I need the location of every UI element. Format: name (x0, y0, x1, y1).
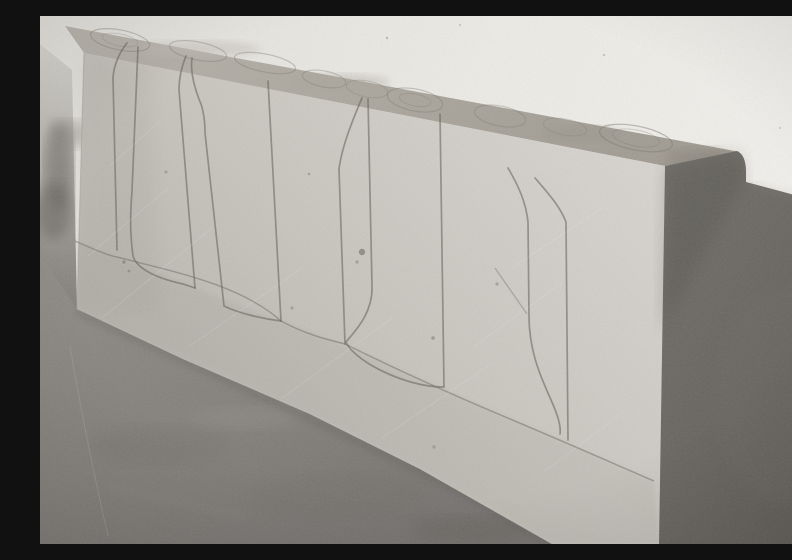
vignette-overlay (40, 16, 792, 544)
photograph (40, 16, 792, 544)
concrete-relief-photo (40, 16, 792, 544)
